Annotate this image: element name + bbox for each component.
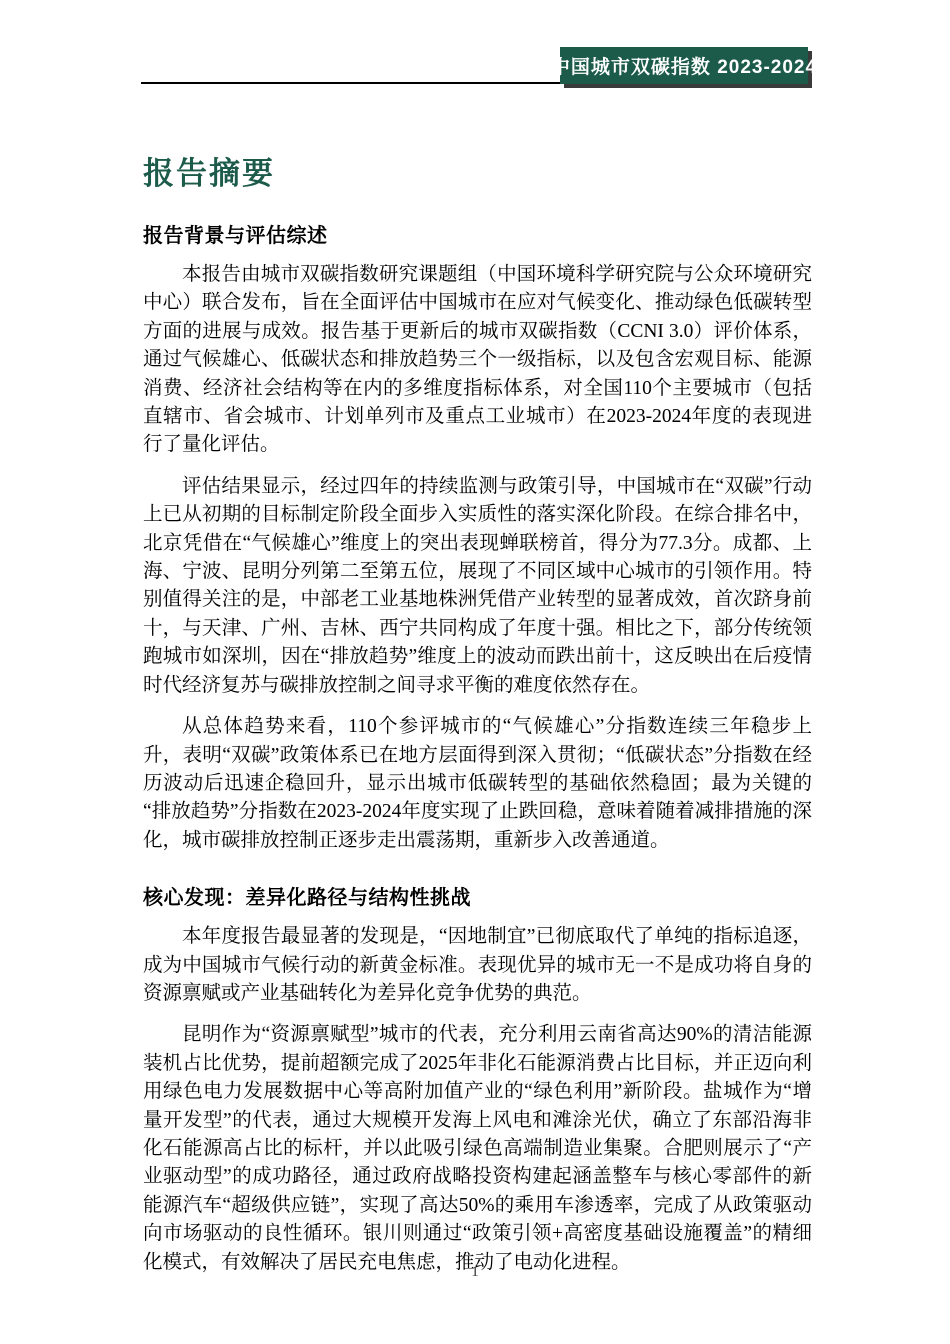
paragraph: 本报告由城市双碳指数研究课题组（中国环境科学研究院与公众环境研究中心）联合发布，… [143, 261, 812, 460]
paragraph: 本年度报告最显著的发现是，“因地制宜”已彻底取代了单纯的指标追逐，成为中国城市气… [143, 923, 812, 1008]
section-heading-core-findings: 核心发现：差异化路径与结构性挑战 [143, 881, 812, 910]
paragraph: 昆明作为“资源禀赋型”城市的代表，充分利用云南省高达90%的清洁能源装机占比优势… [143, 1021, 812, 1277]
document-page: { "header": { "banner_title": "中国城市双碳指数 … [0, 0, 950, 1344]
document-body: 报告摘要 报告背景与评估综述 本报告由城市双碳指数研究课题组（中国环境科学研究院… [143, 140, 812, 1277]
paragraph: 从总体趋势来看，110个参评城市的“气候雄心”分指数连续三年稳步上升，表明“双碳… [143, 713, 812, 855]
header-banner-title: 中国城市双碳指数 2023-2024 [551, 52, 817, 79]
section-heading-background: 报告背景与评估综述 [143, 219, 812, 248]
page-number: 1 [0, 1264, 950, 1281]
header-banner: 中国城市双碳指数 2023-2024 [560, 47, 808, 84]
paragraph: 评估结果显示，经过四年的持续监测与政策引导，中国城市在“双碳”行动上已从初期的目… [143, 473, 812, 700]
page-title: 报告摘要 [143, 140, 812, 193]
